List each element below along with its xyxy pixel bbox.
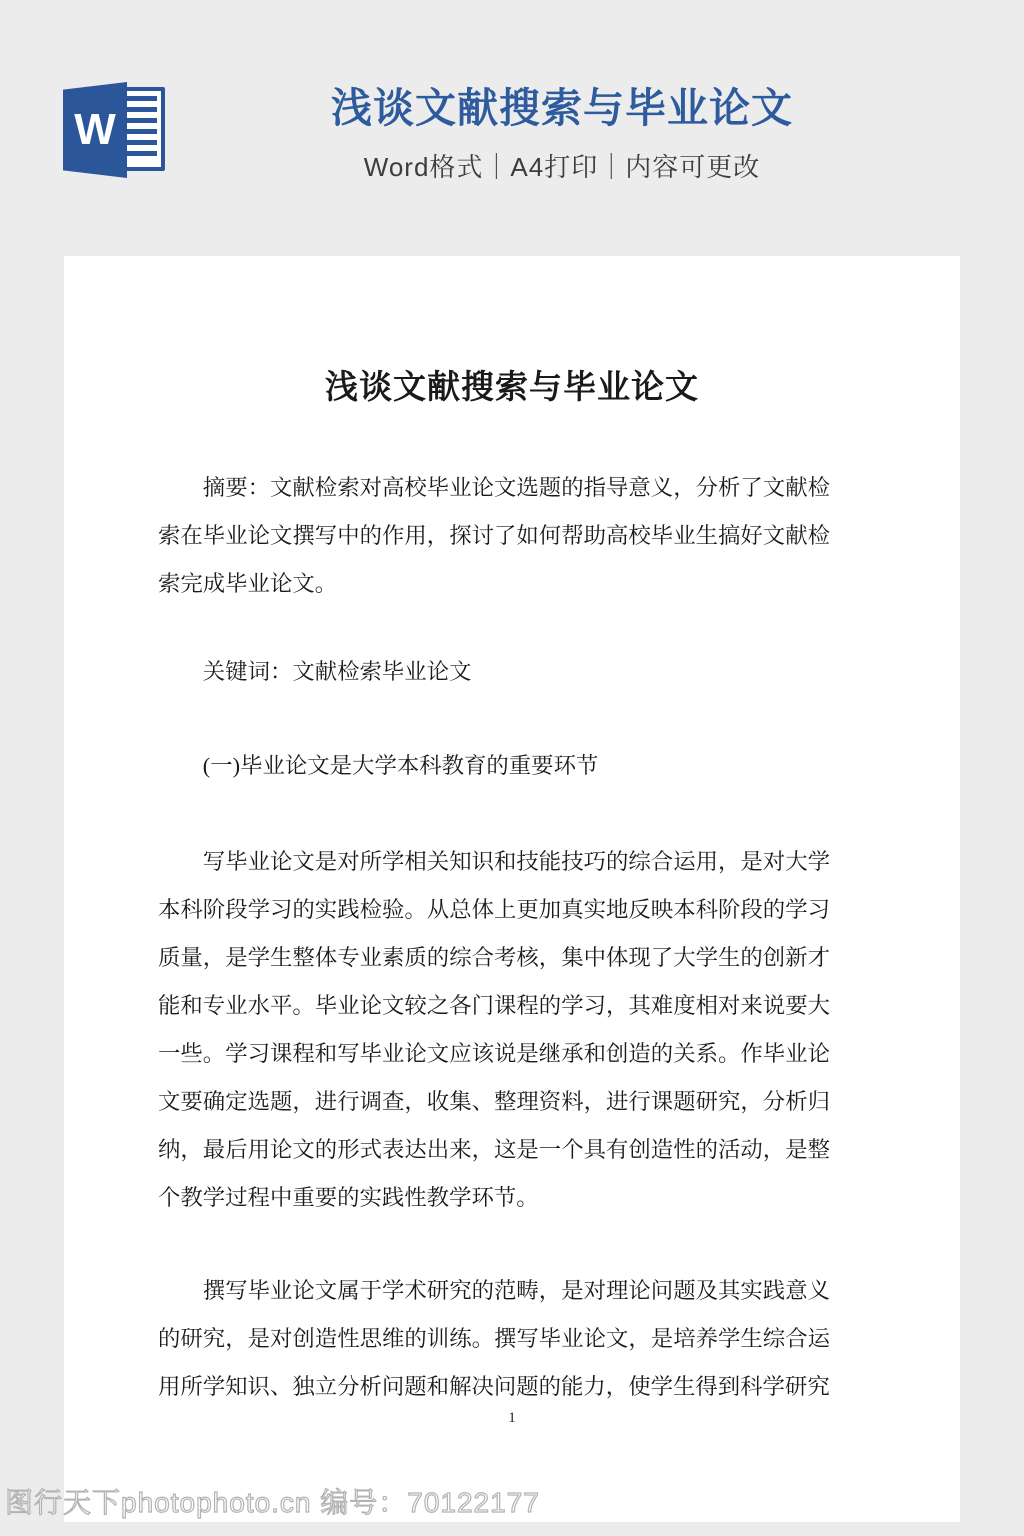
section-heading: (一)毕业论文是大学本科教育的重要环节	[158, 742, 830, 790]
site-watermark: 图行天下photophoto.cn 编号：70122177	[5, 1486, 540, 1520]
header: W 浅谈文献搜索与毕业论文 Word格式｜A4打印｜内容可更改	[0, 0, 1024, 256]
document-title: 浅谈文献搜索与毕业论文	[158, 368, 866, 408]
page-number: 1	[64, 1408, 960, 1428]
body-paragraph-2: 撰写毕业论文属于学术研究的范畴，是对理论问题及其实践意义的研究，是对创造性思维的…	[158, 1267, 830, 1411]
header-text: 浅谈文献搜索与毕业论文 Word格式｜A4打印｜内容可更改	[110, 86, 1014, 184]
document-page: 浅谈文献搜索与毕业论文 摘要：文献检索对高校毕业论文选题的指导意义，分析了文献检…	[64, 256, 960, 1522]
body-paragraph-1: 写毕业论文是对所学相关知识和技能技巧的综合运用，是对大学本科阶段学习的实践检验。…	[158, 838, 830, 1222]
header-subtitle: Word格式｜A4打印｜内容可更改	[110, 147, 1014, 184]
header-title: 浅谈文献搜索与毕业论文	[110, 86, 1014, 131]
keywords-line: 关键词：文献检索毕业论文	[158, 648, 830, 696]
abstract-paragraph: 摘要：文献检索对高校毕业论文选题的指导意义，分析了文献检索在毕业论文撰写中的作用…	[158, 464, 830, 608]
